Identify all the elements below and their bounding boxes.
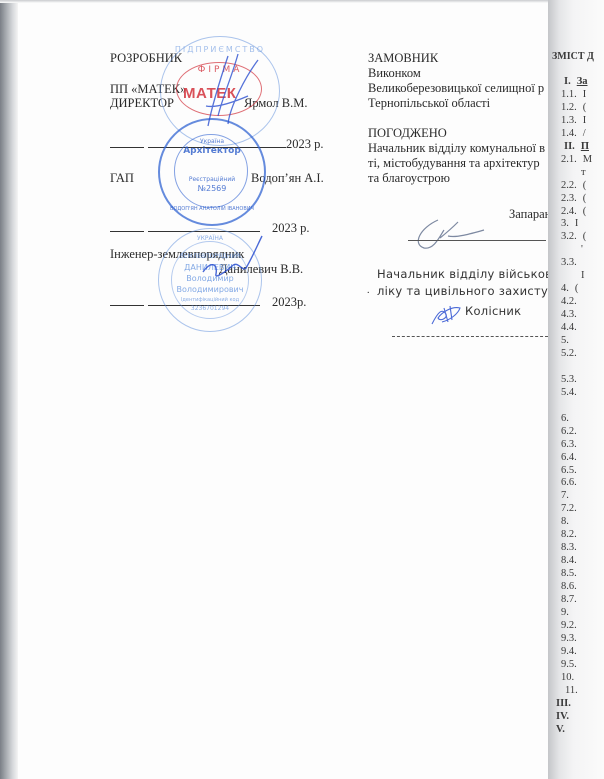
toc-item: 9.: [561, 607, 575, 619]
toc-number: 8.2.: [561, 529, 577, 540]
toc-text: І: [581, 270, 585, 281]
toc-item: 9.3.: [561, 633, 583, 645]
toc-item: 8.7.: [561, 594, 583, 606]
signature-line: [110, 305, 144, 306]
signature-line: [408, 240, 546, 241]
toc-item: 6.5.: [561, 465, 583, 477]
signature-line: [392, 336, 548, 338]
toc-item: 8.6.: [561, 581, 583, 593]
toc-number: 6.6.: [561, 477, 577, 488]
toc-text: ': [581, 244, 583, 255]
customer-line: Тернопільської області: [368, 96, 490, 110]
toc-item: 9.5.: [561, 659, 583, 671]
toc-item: 5.4.: [561, 387, 583, 399]
customer-line: Великоберезовицької селищної р: [368, 81, 544, 95]
toc-item: 1.2.(: [561, 102, 586, 114]
toc-item: III.: [556, 698, 577, 710]
customer-line: Виконком: [368, 66, 421, 80]
toc-text: І: [583, 89, 587, 100]
engineer-date: 2023р.: [272, 295, 306, 309]
book-binding-shadow: [0, 0, 18, 779]
toc-number: 7.2.: [561, 503, 577, 514]
toc-item: 4.4.: [561, 322, 583, 334]
toc-text: (: [583, 231, 587, 242]
toc-text: (: [583, 180, 587, 191]
toc-number: V.: [556, 724, 565, 735]
toc-number: 1.1.: [561, 89, 577, 100]
toc-item: 6.3.: [561, 439, 583, 451]
toc-number: 3.2.: [561, 231, 577, 242]
toc-number: 6.2.: [561, 426, 577, 437]
toc-number: 2.1.: [561, 154, 577, 165]
toc-text: /: [583, 128, 586, 139]
approved-line: ті, містобудування та архітектур: [368, 156, 540, 170]
toc-item: 3.І: [561, 218, 578, 230]
toc-number: 6.3.: [561, 439, 577, 450]
toc-number: 9.5.: [561, 659, 577, 670]
toc-number: 10.: [561, 672, 574, 683]
toc-number: 8.4.: [561, 555, 577, 566]
toc-item: V.: [556, 724, 571, 736]
toc-item: 4.3.: [561, 309, 583, 321]
toc-number: 8.: [561, 516, 569, 527]
director-date: 2023 р.: [286, 137, 324, 151]
toc-text: (: [583, 102, 587, 113]
approved-line: та благоустрою: [368, 171, 450, 185]
toc-number: 4.: [561, 283, 569, 294]
toc-text: M: [583, 154, 592, 165]
military-name: Колісник: [465, 304, 521, 318]
stamp-text: Україна: [160, 138, 264, 145]
signature-approved: [410, 216, 490, 252]
signature-military: [428, 304, 464, 328]
military-line: ліку та цивільного захисту: [377, 284, 548, 298]
signature-line: [110, 147, 144, 148]
toc-item: 6.2.: [561, 426, 583, 438]
stamp-text: Володимирович: [159, 285, 261, 294]
toc-item: 2.1.M: [561, 154, 592, 166]
toc-item: 5.: [561, 335, 575, 347]
toc-number: 11.: [565, 685, 578, 696]
toc-item: I.За: [564, 76, 588, 88]
approved-line: Начальник відділу комунальної в: [368, 141, 545, 155]
toc-number: 9.4.: [561, 646, 577, 657]
toc-item: 11.: [565, 685, 584, 697]
toc-item: 7.2.: [561, 503, 583, 515]
stamp-text: Реєстраційний: [160, 176, 264, 183]
architect-stamp: Україна Архітектор Реєстраційний №2569 В…: [158, 118, 266, 226]
gap-role: ГАП: [110, 171, 134, 185]
toc-number: 9.: [561, 607, 569, 618]
toc-item: ': [561, 244, 583, 256]
toc-number: 9.3.: [561, 633, 577, 644]
toc-number: IV.: [556, 711, 569, 722]
toc-item: 2.3.(: [561, 193, 586, 205]
toc-item: 5.3.: [561, 374, 583, 386]
toc-number: 3.3.: [561, 257, 577, 268]
toc-number: 4.4.: [561, 322, 577, 333]
toc-item: 8.5.: [561, 568, 583, 580]
toc-item: 3.3.: [561, 257, 583, 269]
toc-number: 5.4.: [561, 387, 577, 398]
toc-item: 2.2.(: [561, 180, 586, 192]
toc-item: 5.2.: [561, 348, 583, 360]
toc-item: 4.(: [561, 283, 578, 295]
toc-number: 1.3.: [561, 115, 577, 126]
toc-item: 1.4./: [561, 128, 586, 140]
toc-number: 5.: [561, 335, 569, 346]
toc-item: [561, 361, 581, 373]
toc-number: 1.2.: [561, 102, 577, 113]
customer-heading: ЗАМОВНИК: [368, 51, 438, 65]
toc-item: 3.2.(: [561, 231, 586, 243]
signature-line: [110, 231, 144, 232]
toc-item: 6.4.: [561, 452, 583, 464]
toc-item: 7.: [561, 490, 575, 502]
toc-item: II.П: [564, 141, 589, 153]
toc-item: [561, 400, 581, 412]
toc-number: 8.6.: [561, 581, 577, 592]
toc-number: 6.5.: [561, 465, 577, 476]
toc-item: 8.4.: [561, 555, 583, 567]
stray-mark: .: [367, 284, 370, 298]
toc-item: т: [561, 167, 586, 179]
toc-item: 4.2.: [561, 296, 583, 308]
toc-text: т: [581, 167, 586, 178]
toc-item: 9.4.: [561, 646, 583, 658]
toc-number: 6.4.: [561, 452, 577, 463]
toc-number: II.: [564, 141, 575, 152]
toc-text: І: [575, 218, 579, 229]
stamp-text: 3236701294: [159, 305, 261, 312]
toc-number: 2.3.: [561, 193, 577, 204]
military-line: Начальник відділу військовог: [377, 267, 566, 281]
approved-name: Запаран: [509, 207, 551, 221]
toc-number: 3.: [561, 218, 569, 229]
toc-number: 6.: [561, 413, 569, 424]
toc-number: 1.4.: [561, 128, 577, 139]
toc-number: 8.7.: [561, 594, 577, 605]
stamp-text: Ідентифікаційний код: [159, 297, 261, 303]
toc-number: 5.3.: [561, 374, 577, 385]
toc-text: П: [581, 141, 589, 152]
toc-number: 9.2.: [561, 620, 577, 631]
toc-number: 2.2.: [561, 180, 577, 191]
toc-number: 8.5.: [561, 568, 577, 579]
toc-item: 8.2.: [561, 529, 583, 541]
toc-item: IV.: [556, 711, 575, 723]
toc-item: І: [561, 270, 585, 282]
signature-director: [188, 46, 268, 132]
toc-item: 1.1.І: [561, 89, 586, 101]
toc-page: ЗМІСТ Д I.За1.1.І1.2.(1.3.І1.4./II.П2.1.…: [548, 0, 604, 779]
toc-item: 6.: [561, 413, 575, 425]
toc-title: ЗМІСТ Д: [552, 51, 594, 63]
toc-item: 9.2.: [561, 620, 583, 632]
toc-text: (: [583, 206, 587, 217]
gap-date: 2023 р.: [272, 221, 310, 235]
toc-item: 8.3.: [561, 542, 583, 554]
toc-number: I.: [564, 76, 571, 87]
title-page: РОЗРОБНИК ПП «МАТЕК» ДИРЕКТОР Ярмол В.М.…: [18, 0, 548, 779]
toc-number: 4.3.: [561, 309, 577, 320]
toc-item: 10.: [561, 672, 580, 684]
toc-number: 4.2.: [561, 296, 577, 307]
stamp-text: №2569: [160, 184, 264, 193]
toc-number: 7.: [561, 490, 569, 501]
signature-engineer: [198, 232, 268, 282]
toc-text: І: [583, 115, 587, 126]
toc-item: 6.6.: [561, 477, 583, 489]
toc-text: (: [583, 193, 587, 204]
toc-item: 8.: [561, 516, 575, 528]
toc-item: 2.4.(: [561, 206, 586, 218]
toc-number: 2.4.: [561, 206, 577, 217]
toc-number: 8.3.: [561, 542, 577, 553]
stamp-text: ВОДОП'ЯН АНАТОЛІЙ ІВАНОВИЧ: [160, 206, 264, 212]
toc-text: За: [577, 76, 588, 87]
toc-text: (: [575, 283, 579, 294]
toc-number: III.: [556, 698, 571, 709]
stamp-text: Архітектор: [160, 146, 264, 156]
toc-number: 5.2.: [561, 348, 577, 359]
approved-heading: ПОГОДЖЕНО: [368, 126, 447, 140]
toc-item: 1.3.І: [561, 115, 586, 127]
